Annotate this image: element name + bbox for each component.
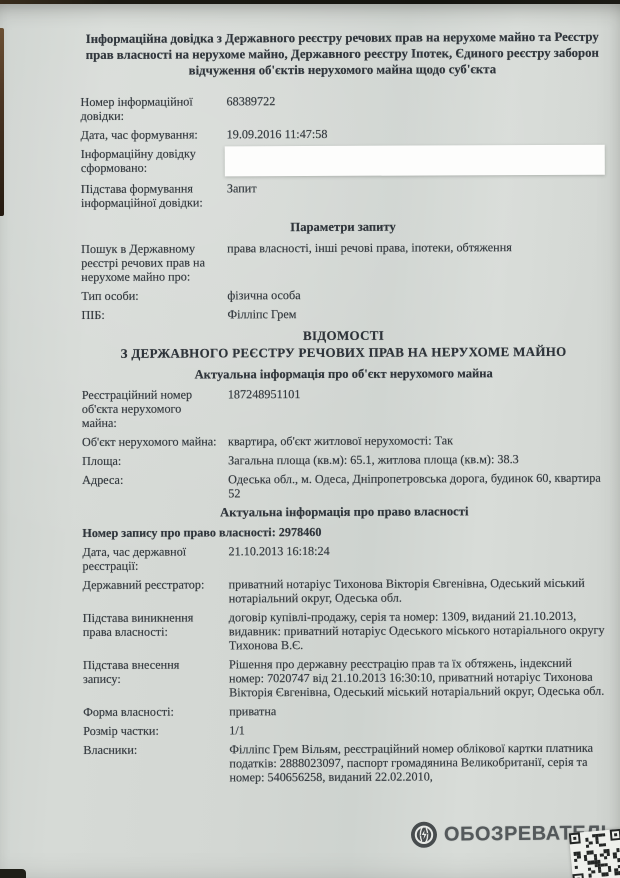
field-row-state-registration-datetime: Дата, час державної реєстрації: 21.10.20… <box>82 543 606 573</box>
field-label: Дата, час державної реєстрації: <box>82 544 228 573</box>
section-heading-object-info: Актуальна інформація про об'єкт нерухомо… <box>82 366 606 383</box>
field-label: Номер інформаційної довідки: <box>80 94 226 123</box>
ownership-record-number: Номер запису про право власності: 297846… <box>82 524 606 540</box>
field-label: Розмір частки: <box>83 723 229 738</box>
field-value: 68389722 <box>226 93 604 123</box>
field-label: Площа: <box>82 453 228 468</box>
field-row-person-type: Тип особи: фізична особа <box>81 287 605 303</box>
field-row-search-scope: Пошук в Державному реєстрі речових прав … <box>81 240 605 284</box>
field-label: Підстава формування інформаційної довідк… <box>81 181 227 210</box>
field-row-ownership-form: Форма власності: приватна <box>83 703 607 719</box>
field-label: Підстава внесення запису: <box>83 657 229 700</box>
field-value: Філліпс Грем <box>227 306 605 322</box>
qr-code <box>569 829 620 878</box>
redaction-box <box>225 145 605 177</box>
field-row-certificate-number: Номер інформаційної довідки: 68389722 <box>80 93 604 123</box>
field-value: Рішення про державну реєстрацію прав та … <box>229 656 607 700</box>
field-value: Одеська обл., м. Одеса, Дніпропетровська… <box>228 471 606 501</box>
field-label: Власники: <box>83 742 229 785</box>
field-value: 187248951101 <box>228 386 606 430</box>
field-value: договір купівлі-продажу, серія та номер:… <box>229 609 607 653</box>
field-label: ПІБ: <box>81 307 227 322</box>
field-label: Підстава виникнення права власності: <box>83 610 229 653</box>
registry-heading-line2: З ДЕРЖАВНОГО РЕЄСТРУ РЕЧОВИХ ПРАВ НА НЕР… <box>82 343 606 362</box>
field-value: Загальна площа (кв.м): 65.1, житлова пло… <box>228 452 606 468</box>
field-value: 19.09.2016 11:47:58 <box>227 126 605 142</box>
field-row-registration-number: Реєстраційний номер об'єкта нерухомого м… <box>82 386 606 430</box>
field-label: Дата, час формування: <box>81 127 227 142</box>
field-row-formation-basis: Підстава формування інформаційної довідк… <box>81 180 605 210</box>
field-label: Об'єкт нерухомого майна: <box>82 434 228 449</box>
field-row-formed-by: Інформаційну довідку сформовано: <box>81 145 605 177</box>
field-value: 21.10.2013 16:18:24 <box>228 543 606 573</box>
field-row-area: Площа: Загальна площа (кв.м): 65.1, житл… <box>82 452 606 468</box>
field-row-share-size: Розмір частки: 1/1 <box>83 722 607 738</box>
document-content: Інформаційна довідка з Державного реєстр… <box>0 3 620 878</box>
document-title: Інформаційна довідка з Державного реєстр… <box>80 29 604 79</box>
field-row-state-registrar: Державний реєстратор: приватний нотаріус… <box>83 576 607 606</box>
field-row-full-name: ПІБ: Філліпс Грем <box>81 306 605 322</box>
field-label: Реєстраційний номер об'єкта нерухомого м… <box>82 387 228 430</box>
field-label: Державний реєстратор: <box>83 577 229 606</box>
field-value: приватна <box>229 703 607 719</box>
field-row-owners: Власники: Філліпс Грем Вільям, реєстраці… <box>83 741 607 785</box>
section-heading-ownership-info: Актуальна інформація про право власності <box>82 504 606 521</box>
field-row-address: Адреса: Одеська обл., м. Одеса, Дніпропе… <box>82 471 606 501</box>
field-value: 1/1 <box>229 722 607 738</box>
field-value: права власності, інші речові права, іпот… <box>227 240 605 284</box>
section-heading-query-params: Параметри запиту <box>81 218 605 236</box>
field-row-record-entry-basis: Підстава внесення запису: Рішення про де… <box>83 656 607 700</box>
field-value <box>227 145 605 177</box>
field-value: Філліпс Грем Вільям, реєстраційний номер… <box>229 741 607 785</box>
field-value: приватний нотаріус Тихонова Вікторія Євг… <box>229 576 607 606</box>
field-label: Тип особи: <box>81 288 227 303</box>
field-row-ownership-origin-basis: Підстава виникнення права власності: дог… <box>83 609 607 653</box>
globe-icon <box>410 821 438 849</box>
field-label: Інформаційну довідку сформовано: <box>81 146 227 177</box>
qr-finder-top-right <box>610 829 620 841</box>
field-row-object-type: Об'єкт нерухомого майна: квартира, об'єк… <box>82 433 606 449</box>
document-photo: Інформаційна довідка з Державного реєстр… <box>0 0 620 878</box>
qr-finder-top-left <box>569 832 581 844</box>
field-label: Форма власності: <box>83 704 229 719</box>
field-value: фізична особа <box>227 287 605 303</box>
field-label: Пошук в Державному реєстрі речових прав … <box>81 241 227 284</box>
field-value: квартира, об'єкт житлової нерухомості: Т… <box>228 433 606 449</box>
registry-heading-line1: ВІДОМОСТІ <box>303 328 384 343</box>
qr-finder-bottom-left <box>572 873 584 878</box>
field-row-formation-datetime: Дата, час формування: 19.09.2016 11:47:5… <box>81 126 605 142</box>
field-label: Адреса: <box>82 472 228 501</box>
field-value: Запит <box>227 180 605 210</box>
registry-heading: ВІДОМОСТІ З ДЕРЖАВНОГО РЕЄСТРУ РЕЧОВИХ П… <box>82 326 606 362</box>
